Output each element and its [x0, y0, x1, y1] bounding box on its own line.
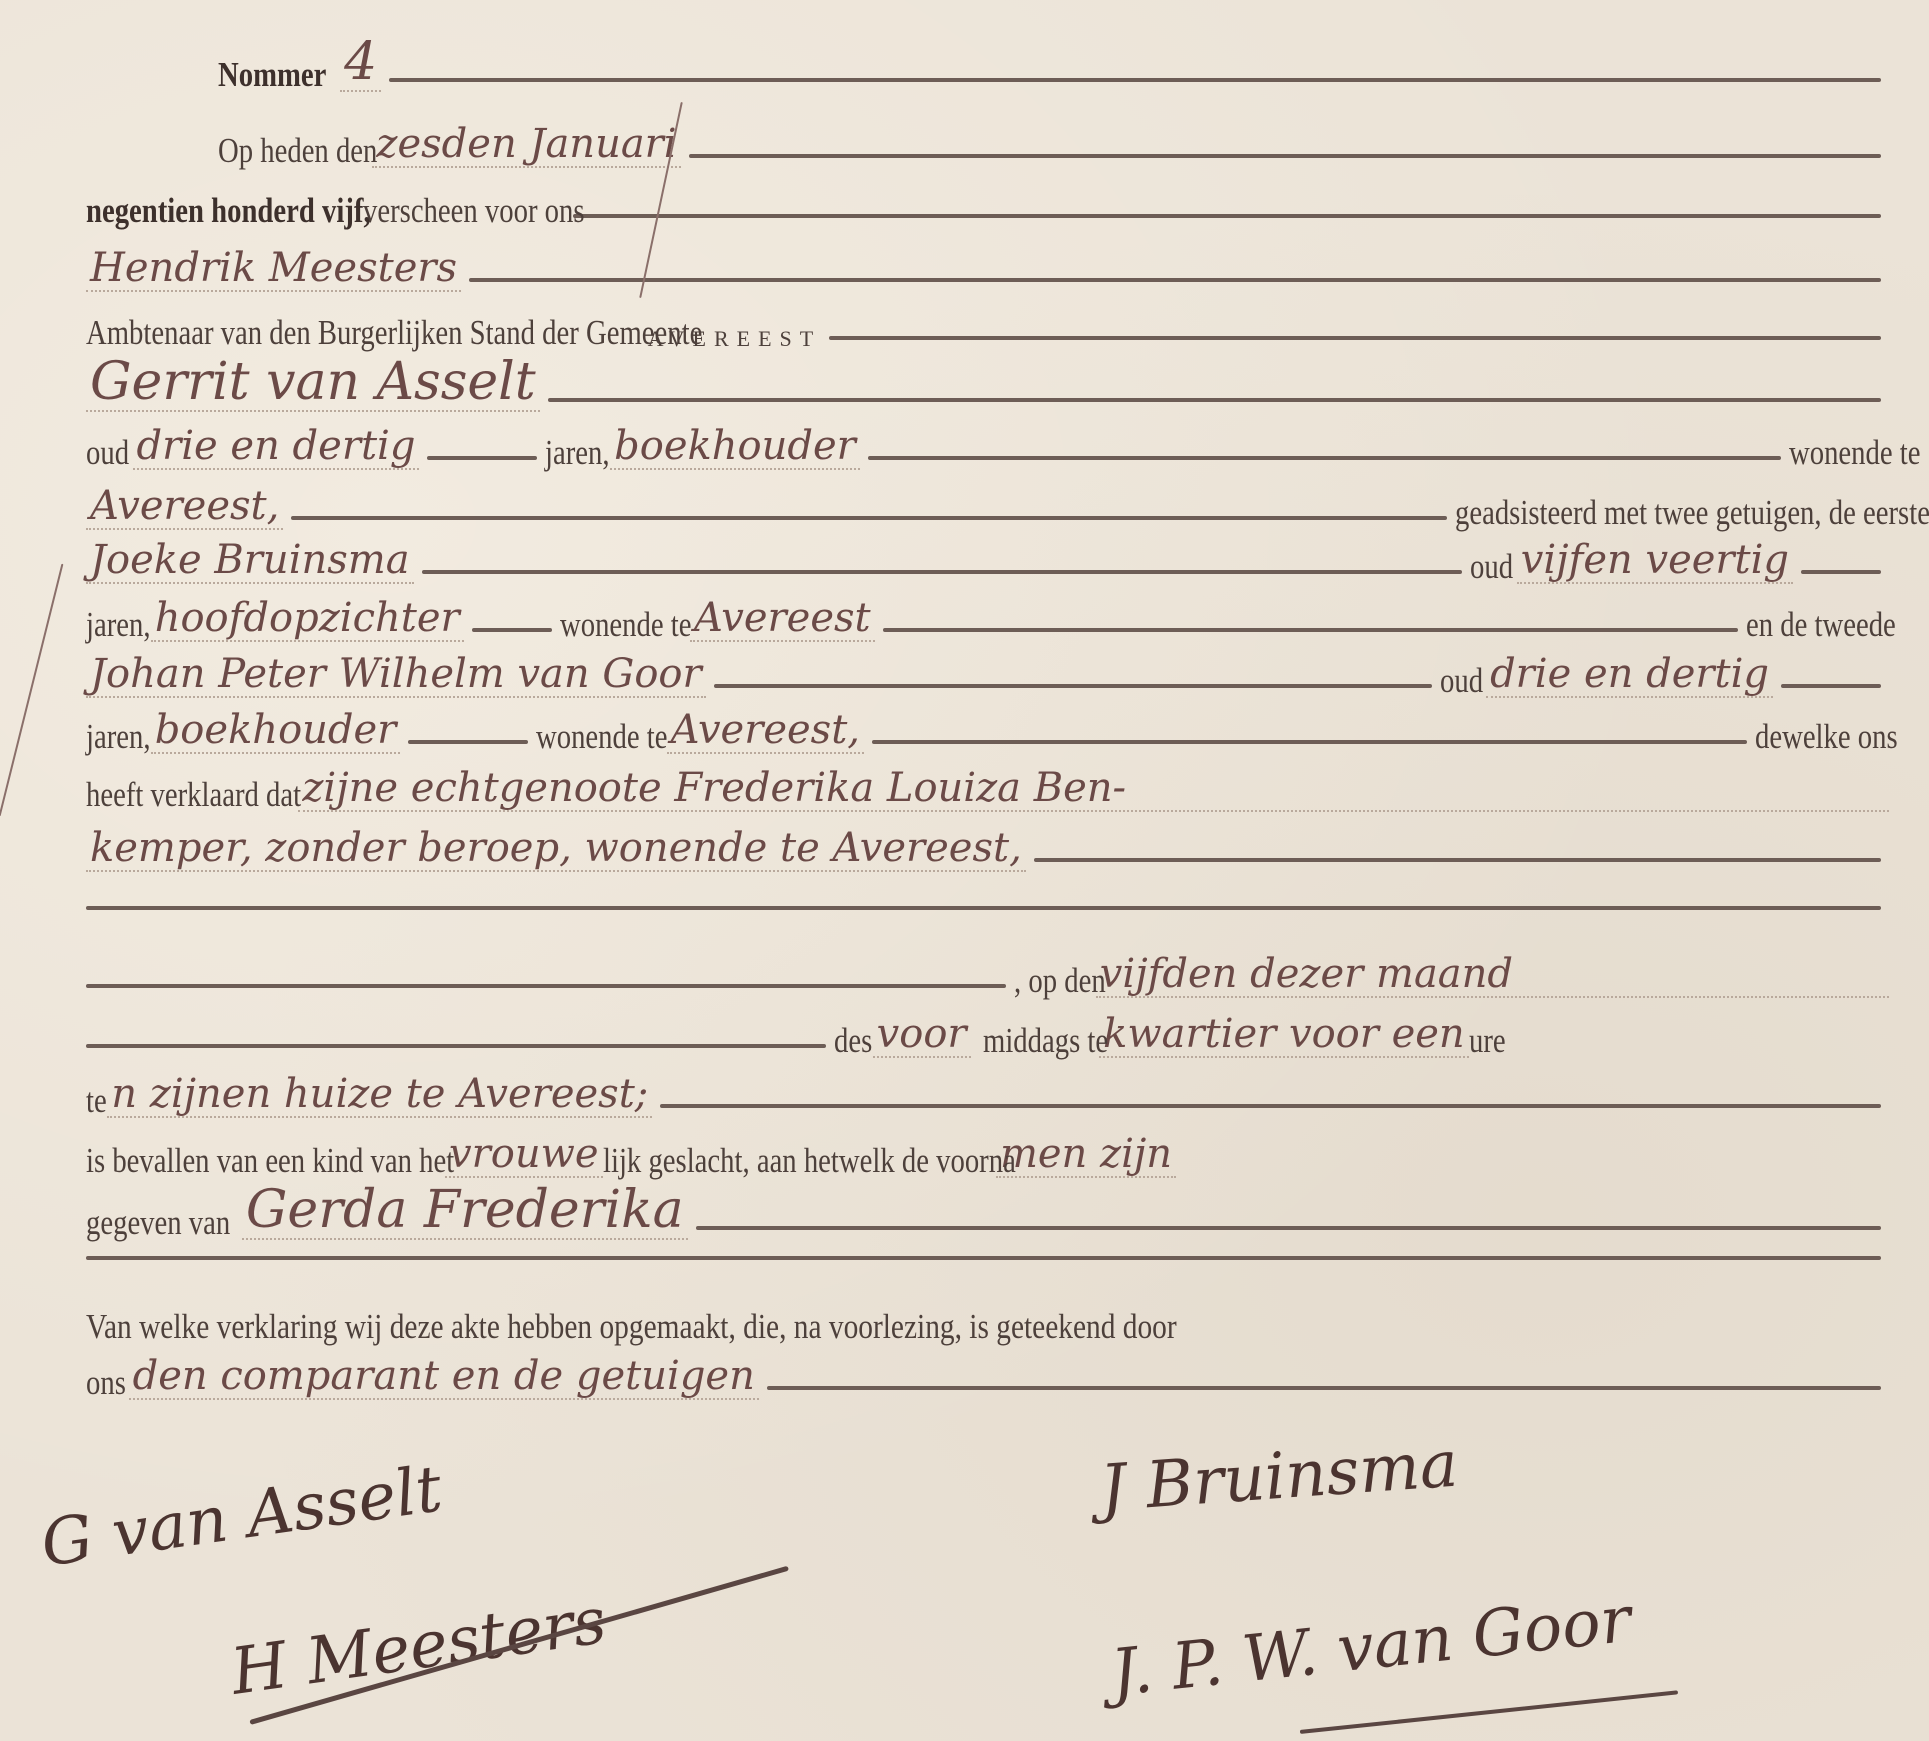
signed-by: den comparant en de getuigen: [129, 1356, 759, 1400]
mother-line: heeft verklaard dat zijne echtgenoote Fr…: [86, 758, 1889, 812]
date-line: Op heden den zesden Januari: [218, 118, 1889, 168]
fill-line: [872, 740, 1747, 744]
fill-line: [1801, 570, 1881, 574]
printed-text: heeft verklaard dat: [86, 777, 301, 812]
declarant-occupation: boekhouder: [610, 426, 860, 470]
printed-text: is bevallen van een kind van het: [86, 1143, 454, 1178]
fill-line: [868, 456, 1781, 460]
child-name: Gerda Frederika: [242, 1184, 688, 1240]
printed-text: jaren,: [86, 607, 151, 642]
printed-text: des: [834, 1023, 872, 1058]
number-label: Nommer: [218, 57, 326, 92]
fill-line: [883, 628, 1739, 632]
printed-text: gegeven van: [86, 1205, 230, 1240]
witness1-name: Joeke Bruinsma: [86, 540, 414, 584]
closing-text: Van welke verklaring wij deze akte hebbe…: [86, 1309, 1177, 1344]
official-name-line: Hendrik Meesters: [86, 240, 1889, 292]
printed-text: te: [86, 1083, 107, 1118]
printed-text: ure: [1469, 1023, 1506, 1058]
printed-text: Ambtenaar van den Burgerlijken Stand der…: [86, 315, 702, 350]
certificate-page: Nommer 4 Op heden den zesden Januari neg…: [0, 0, 1929, 1741]
printed-text: , op den: [1014, 963, 1106, 998]
printed-text: jaren,: [545, 435, 610, 470]
declarant-line: Gerrit van Asselt: [86, 352, 1889, 412]
ink-stroke: [0, 564, 63, 817]
signature-official: H Meesters: [227, 1584, 611, 1710]
fill-line: [573, 214, 1881, 218]
witness1-residence: Avereest: [690, 598, 875, 642]
declarant-residence-line: Avereest, geadsisteerd met twee getuigen…: [86, 478, 1889, 530]
signature-witness1: J Bruinsma: [1098, 1428, 1461, 1527]
witness1-age: vijfen veertig: [1517, 540, 1793, 584]
witness1-line: Joeke Bruinsma oud vijfen veertig: [86, 532, 1889, 584]
birth-time-line: des voor middags te kwartier voor een ur…: [86, 1004, 1889, 1058]
fill-line: [829, 336, 1881, 340]
fill-line: [1781, 684, 1881, 688]
printed-text: middags te: [983, 1023, 1108, 1058]
printed-text: jaren,: [86, 719, 151, 754]
birth-place-line: te n zijnen huize te Avereest;: [86, 1064, 1889, 1118]
witness2-line: Johan Peter Wilhelm van Goor oud drie en…: [86, 646, 1889, 698]
witness2-details-line: jaren, boekhouder wonende te Avereest, d…: [86, 702, 1889, 754]
child-sex: vrouwe: [445, 1134, 602, 1178]
printed-text: oud: [1470, 549, 1513, 584]
fill-line: [472, 628, 552, 632]
witness2-occupation: boekhouder: [151, 710, 401, 754]
printed-text: Op heden den: [218, 133, 377, 168]
date-handwritten: zesden Januari: [372, 124, 680, 168]
declarant-age: drie en dertig: [133, 426, 420, 470]
fill-line: [714, 684, 1432, 688]
printed-text: oud: [86, 435, 129, 470]
printed-text: geadsisteerd met twee getuigen, de eerst…: [1455, 495, 1929, 530]
child-name-line: gegeven van Gerda Frederika: [86, 1176, 1889, 1240]
birth-time: kwartier voor een: [1099, 1014, 1469, 1058]
names-suffix: men zijn: [996, 1134, 1176, 1178]
fill-line: [291, 516, 1446, 520]
birth-half-day: voor: [873, 1014, 971, 1058]
fill-line: [389, 78, 1881, 82]
fill-line: [660, 1104, 1881, 1108]
fill-line: [422, 570, 1463, 574]
printed-text: oud: [1440, 663, 1483, 698]
witness1-occupation: hoofdopzichter: [151, 598, 464, 642]
declarant-age-line: oud drie en dertig jaren, boekhouder won…: [86, 418, 1889, 470]
fill-line: [86, 1044, 826, 1048]
fill-line: [427, 456, 537, 460]
official-name: Hendrik Meesters: [86, 248, 461, 292]
child-sex-line: is bevallen van een kind van het vrouwe …: [86, 1124, 1889, 1178]
signed-by-line: ons den comparant en de getuigen: [86, 1346, 1889, 1400]
printed-text: lijk geslacht, aan hetwelk de voorna: [603, 1143, 1016, 1178]
fill-line: [86, 1256, 1881, 1260]
mother-name-part2: kemper, zonder beroep, wonende te Averee…: [86, 828, 1026, 872]
witness2-residence: Avereest,: [667, 710, 864, 754]
fill-line: [696, 1226, 1881, 1230]
number-line: Nommer 4: [218, 42, 1889, 92]
blank-line: [86, 1240, 1889, 1270]
birth-date: vijfden dezer maand: [1096, 954, 1889, 998]
declarant-name: Gerrit van Asselt: [86, 356, 540, 412]
witness2-age: drie en dertig: [1486, 654, 1773, 698]
printed-text: verscheen voor ons: [363, 193, 585, 228]
fill-line: [86, 984, 1006, 988]
printed-text: wonende te: [1789, 435, 1920, 470]
birth-date-line: , op den vijfden dezer maand: [86, 944, 1889, 998]
printed-text: en de tweede: [1746, 607, 1896, 642]
municipality-line: Ambtenaar van den Burgerlijken Stand der…: [86, 300, 1889, 350]
printed-text: dewelke ons: [1755, 719, 1898, 754]
printed-text: wonende te: [536, 719, 667, 754]
printed-text: wonende te: [560, 607, 691, 642]
signature-witness2: J. P. W. van Goor: [1108, 1583, 1635, 1711]
year-printed: negentien honderd vijf,: [86, 193, 371, 228]
signature-declarant: G van Asselt: [37, 1452, 447, 1581]
closing-line: Van welke verklaring wij deze akte hebbe…: [86, 1294, 1889, 1344]
fill-line: [469, 278, 1881, 282]
number-value: 4: [340, 36, 381, 92]
fill-line: [548, 398, 1881, 402]
fill-line: [86, 906, 1881, 910]
blank-line: [86, 880, 1889, 920]
fill-line: [767, 1386, 1881, 1390]
printed-text: ons: [86, 1365, 126, 1400]
fill-line: [408, 740, 528, 744]
mother-details-line: kemper, zonder beroep, wonende te Averee…: [86, 818, 1889, 872]
signature-flourish: [1300, 1690, 1678, 1734]
declarant-residence: Avereest,: [86, 486, 283, 530]
fill-line: [1034, 858, 1881, 862]
witness1-details-line: jaren, hoofdopzichter wonende te Averees…: [86, 590, 1889, 642]
mother-name-part1: zijne echtgenoote Frederika Louiza Ben-: [298, 768, 1889, 812]
fill-line: [689, 154, 1881, 158]
witness2-name: Johan Peter Wilhelm van Goor: [86, 654, 706, 698]
year-line: negentien honderd vijf, verscheen voor o…: [86, 178, 1889, 228]
birth-place: n zijnen huize te Avereest;: [107, 1074, 652, 1118]
